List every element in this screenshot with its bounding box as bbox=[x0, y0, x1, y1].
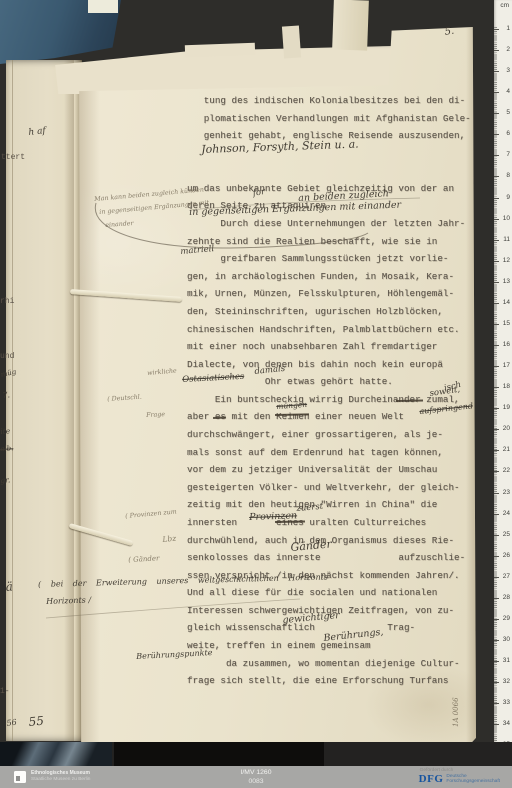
annotation: ite bbox=[0, 426, 10, 436]
ruler-number: 2 bbox=[506, 47, 510, 53]
ruler-number: 3 bbox=[506, 68, 510, 74]
dfg-branding: Gefördert durch DFG Deutsche Forschungsg… bbox=[419, 768, 500, 785]
ruler-cm-tick bbox=[494, 303, 499, 304]
ruler-cm-tick bbox=[494, 450, 499, 451]
annotation: 56 bbox=[6, 718, 17, 728]
ruler-number: 33 bbox=[503, 700, 510, 706]
typed-line: frage sich stellt, die eine Erforschung … bbox=[187, 675, 448, 687]
typed-line: Dialecte, von denen bis dahin noch kein … bbox=[187, 359, 443, 371]
typed-line: mals sonst auf dem Erdenrund hat tagen k… bbox=[187, 447, 443, 459]
ruler-cm-tick bbox=[494, 366, 499, 367]
ruler-number: 17 bbox=[503, 363, 510, 369]
ruler-number: 6 bbox=[506, 131, 510, 137]
ruler-number: 31 bbox=[503, 658, 510, 664]
typed-line: den, Steininschriften, ugurischen Holzbl… bbox=[187, 306, 443, 318]
annotation: 55 bbox=[28, 714, 44, 729]
ruler-number: 13 bbox=[503, 279, 510, 285]
ruler-cm-tick bbox=[494, 134, 499, 135]
annotation: ( Gänder bbox=[128, 554, 160, 564]
ruler-number: 5 bbox=[506, 110, 510, 116]
typed-line: plomatischen Verhandlungen mit Afghanist… bbox=[187, 113, 471, 125]
ruler-number: 29 bbox=[503, 616, 510, 622]
paper-fragment-edge bbox=[185, 43, 255, 57]
ruler-cm-tick bbox=[494, 198, 499, 199]
annotation: Lbz bbox=[162, 534, 177, 544]
annotation: und bbox=[0, 352, 14, 361]
ruler-cm-tick bbox=[494, 724, 499, 725]
ruler-number: 26 bbox=[503, 553, 510, 559]
ruler-number: 32 bbox=[503, 679, 510, 685]
ruler-cm-tick bbox=[494, 282, 499, 283]
annotation: alb. bbox=[0, 444, 14, 453]
annotation: ttert bbox=[1, 153, 25, 162]
ruler-cm-tick bbox=[494, 556, 499, 557]
ruler-cm-tick bbox=[494, 92, 499, 93]
ruler-cm-tick bbox=[494, 113, 499, 114]
ruler-number: 14 bbox=[503, 300, 510, 306]
footer-bar: Ethnologisches Museum Staatliche Museen … bbox=[0, 766, 512, 788]
cover-photo-fragment bbox=[0, 742, 112, 766]
ruler-number: 1 bbox=[506, 26, 510, 32]
ruler-cm-tick bbox=[494, 619, 499, 620]
annotation: h af bbox=[28, 126, 46, 138]
ruler-number: 18 bbox=[503, 384, 510, 390]
ruler-cm-tick bbox=[494, 240, 499, 241]
typed-line: tung des indischen Kolonialbesitzes bei … bbox=[187, 95, 465, 107]
ruler-number: 21 bbox=[503, 447, 510, 453]
ruler-cm-tick bbox=[494, 29, 499, 30]
ruler-number: 15 bbox=[503, 321, 510, 327]
paper-tab bbox=[332, 0, 369, 51]
ruler-cm-tick bbox=[494, 155, 499, 156]
paper-tab-small bbox=[282, 25, 301, 58]
dfg-logo: DFG bbox=[419, 773, 444, 785]
ruler-number: 9 bbox=[506, 195, 510, 201]
ruler-cm-tick bbox=[494, 50, 499, 51]
typed-line: vor dem zu jetziger Universalität der Um… bbox=[187, 464, 437, 476]
ruler-number: 7 bbox=[506, 152, 510, 158]
annotation: Horizonts / bbox=[46, 595, 91, 606]
ruler-number: 16 bbox=[503, 342, 510, 348]
ruler-cm-tick bbox=[494, 598, 499, 599]
ruler-cm-tick bbox=[494, 682, 499, 683]
annotation: 7. bbox=[2, 390, 10, 400]
funder-name-line2: Forschungsgemeinschaft bbox=[446, 779, 500, 784]
ruler-number: 19 bbox=[503, 405, 510, 411]
ruler-number: 25 bbox=[503, 532, 510, 538]
ruler-cm-tick bbox=[494, 324, 499, 325]
ruler-cm-tick bbox=[494, 535, 499, 536]
typed-line: Und all diese für die socialen und natio… bbox=[187, 587, 437, 599]
ruler-number: 27 bbox=[503, 574, 510, 580]
typed-line: mit einer noch unabsehbaren Zahl fremdar… bbox=[187, 341, 437, 353]
ruler-cm-tick bbox=[494, 408, 499, 409]
annotation: rhi bbox=[0, 297, 14, 306]
paper-fragment-top bbox=[88, 0, 118, 13]
ruler-cm-tick bbox=[494, 387, 499, 388]
ruler-number: 11 bbox=[503, 237, 510, 243]
ruler-cm-tick bbox=[494, 429, 499, 430]
typed-line: greifbaren Sammlungsstücken jetzt vorlie… bbox=[187, 253, 448, 265]
ruler-number: 24 bbox=[503, 511, 510, 517]
ruler-cm-tick bbox=[494, 640, 499, 641]
ruler-cm-tick bbox=[494, 176, 499, 177]
typed-line: gesteigerten Völker- und Weltverkehr, de… bbox=[187, 482, 460, 494]
ruler-number: 22 bbox=[503, 468, 510, 474]
ruler-number: 4 bbox=[506, 89, 510, 95]
typed-line: da zusammen, wo momentan diejenige Cultu… bbox=[187, 658, 460, 670]
annotation: 1- bbox=[0, 687, 10, 696]
typed-line: senkolosses das innerste aufzuschlie- bbox=[187, 552, 465, 564]
ruler: cm 1234567891011121314151617181920212223… bbox=[494, 0, 512, 760]
ruler-cm-tick bbox=[494, 493, 499, 494]
ruler-number: 10 bbox=[503, 216, 510, 222]
ruler-unit-label: cm bbox=[500, 2, 509, 9]
ruler-cm-tick bbox=[494, 661, 499, 662]
annotation: for bbox=[252, 187, 266, 199]
ruler-cm-tick bbox=[494, 471, 499, 472]
document-scan: tung des indischen Kolonialbesitzes bei … bbox=[0, 0, 512, 788]
typed-line: Durch diese Unternehmungen der letzten J… bbox=[187, 218, 465, 230]
ruler-cm-tick bbox=[494, 514, 499, 515]
typed-line: chinesischen Handschriften, Palmblattbüc… bbox=[187, 324, 460, 336]
ruler-number: 28 bbox=[503, 595, 510, 601]
annotation: 5. bbox=[444, 26, 455, 38]
ruler-cm-tick bbox=[494, 261, 499, 262]
ruler-cm-tick bbox=[494, 71, 499, 72]
ruler-mm-ticks bbox=[494, 27, 497, 756]
typed-line: durchschwängert, einer grossartigeren, a… bbox=[187, 429, 443, 441]
typed-line: innersten eines uralten Culturreiches bbox=[187, 517, 426, 529]
annotation: gr. bbox=[0, 475, 11, 485]
typed-line: zehnte sind die Realien beschafft, wie s… bbox=[187, 236, 437, 248]
page-stack-edges bbox=[6, 60, 82, 741]
annotation: 1A 0066 bbox=[452, 697, 460, 727]
typed-line: mik, Urnen, Münzen, Felsskulpturen, Höhl… bbox=[187, 288, 454, 300]
ruler-number: 23 bbox=[503, 490, 510, 496]
ruler-number: 20 bbox=[503, 426, 510, 432]
ruler-cm-tick bbox=[494, 577, 499, 578]
ruler-number: 30 bbox=[503, 637, 510, 643]
ruler-cm-tick bbox=[494, 219, 499, 220]
ruler-cm-tick bbox=[494, 345, 499, 346]
dark-gap bbox=[114, 742, 324, 766]
ruler-number: 34 bbox=[503, 721, 510, 727]
ruler-number: 12 bbox=[503, 258, 510, 264]
typed-line: gen, in archäologischen Funden, in Mosai… bbox=[187, 271, 454, 283]
ruler-number: 8 bbox=[506, 173, 510, 179]
annotation: Frage bbox=[146, 411, 165, 419]
ruler-cm-tick bbox=[494, 703, 499, 704]
annotation: ä bbox=[5, 579, 13, 594]
